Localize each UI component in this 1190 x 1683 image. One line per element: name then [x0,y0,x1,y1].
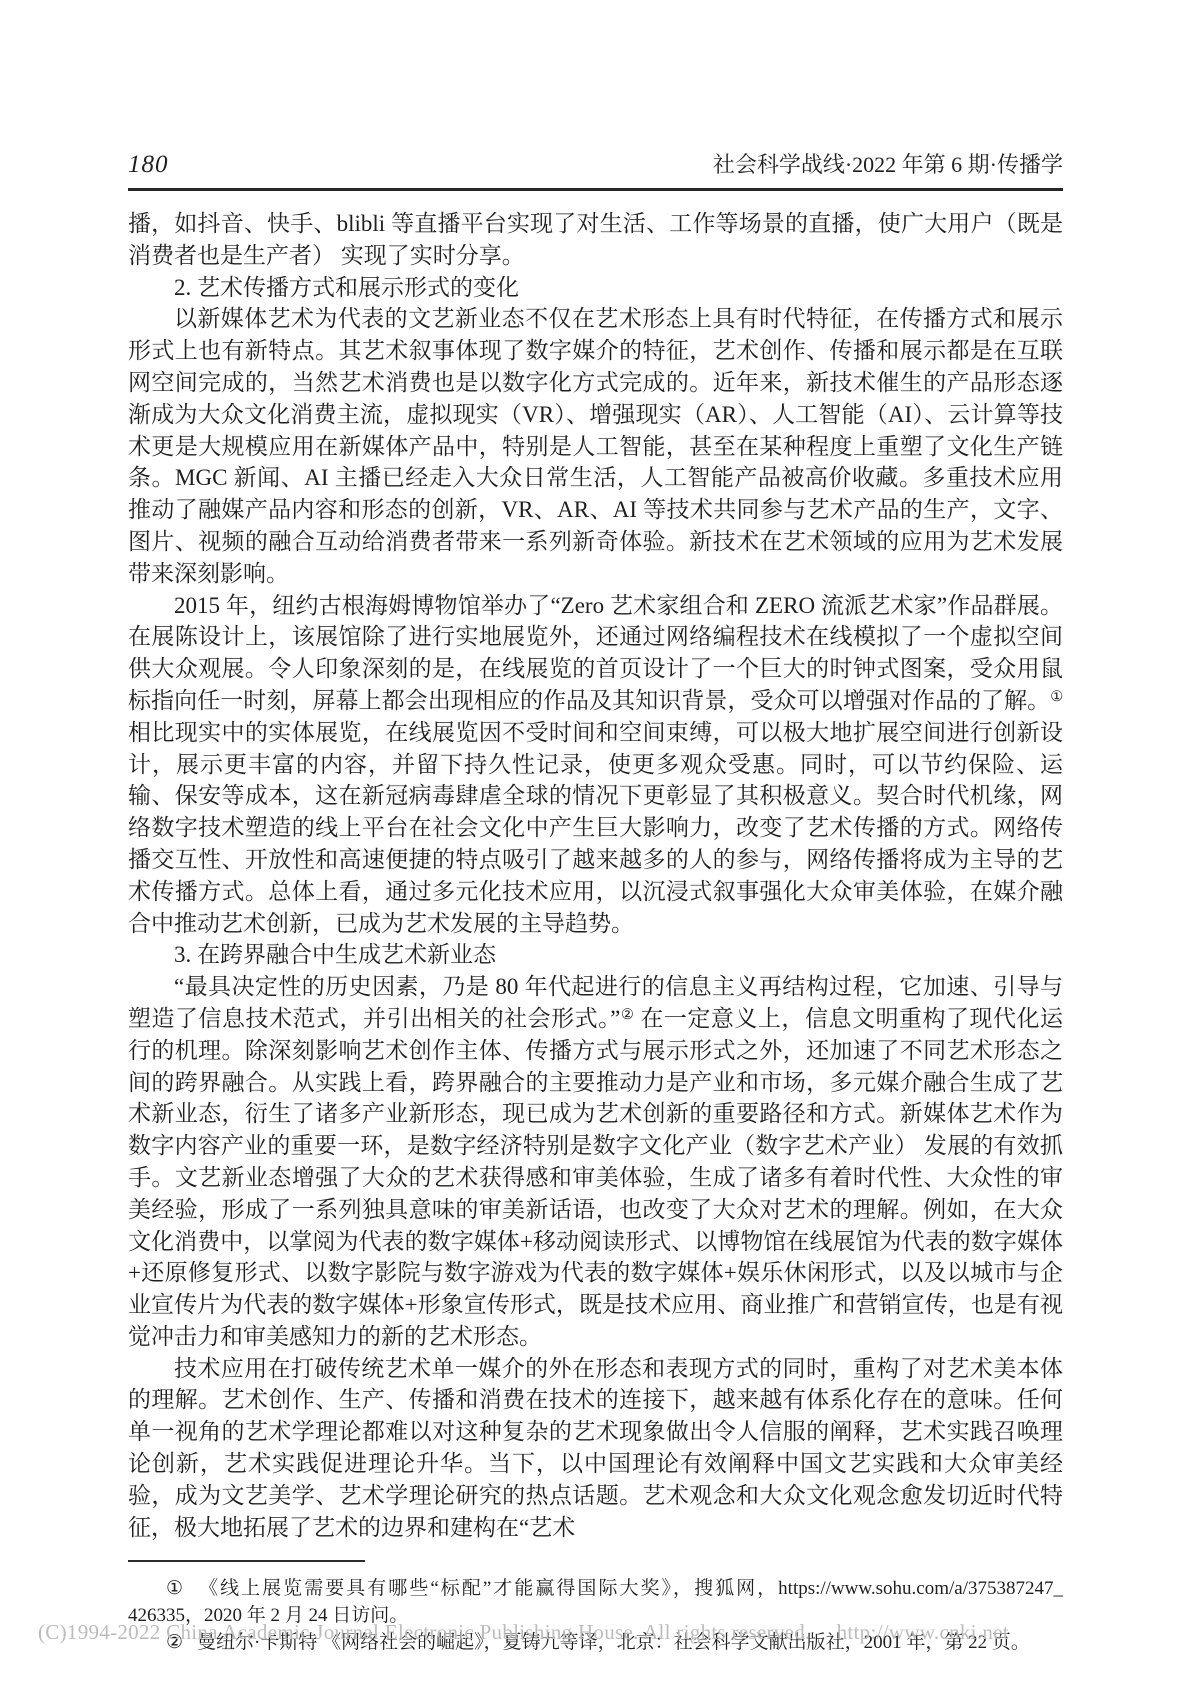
paragraph: 技术应用在打破传统艺术单一媒介的外在形态和表现方式的同时，重构了对艺术美本体的理… [128,1353,1063,1544]
footnote-marker: ① [166,1578,185,1599]
page-header: 180 社会科学战线·2022 年第 6 期·传播学 [128,0,1063,179]
section-heading-2: 2. 艺术传播方式和展示形式的变化 [128,272,1063,304]
paragraph-continuation: 播，如抖音、快手、blibli 等直播平台实现了对生活、工作等场景的直播，使广大… [128,208,1063,272]
paragraph: “最具决定性的历史因素，乃是 80 年代起进行的信息主义再结构过程，它加速、引导… [128,971,1063,1353]
journal-running-title: 社会科学战线·2022 年第 6 期·传播学 [713,148,1063,179]
footnote-reference: ② [620,1007,634,1023]
journal-page: 180 社会科学战线·2022 年第 6 期·传播学 播，如抖音、快手、blib… [0,0,1190,1683]
header-rule [128,188,1063,191]
paragraph: 2015 年，纽约古根海姆博物馆举办了“Zero 艺术家组合和 ZERO 流派艺… [128,590,1063,940]
article-body: 播，如抖音、快手、blibli 等直播平台实现了对生活、工作等场景的直播，使广大… [128,208,1063,1543]
text-run: 2. 艺术传播方式和展示形式的变化 [174,275,519,300]
cnki-watermark: (C)1994-2022 China Academic Journal Elec… [38,1620,1152,1645]
section-heading-3: 3. 在跨界融合中生成艺术新业态 [128,939,1063,971]
footnote-reference: ① [1050,689,1063,705]
text-run: 技术应用在打破传统艺术单一媒介的外在形态和表现方式的同时，重构了对艺术美本体的理… [128,1356,1063,1540]
text-run: 播，如抖音、快手、blibli 等直播平台实现了对生活、工作等场景的直播，使广大… [128,211,1063,268]
text-run: 相比现实中的实体展览，在线展览因不受时间和空间束缚，可以极大地扩展空间进行创新设… [128,720,1063,936]
text-run: 3. 在跨界融合中生成艺术新业态 [174,942,496,967]
text-run: 以新媒体艺术为代表的文艺新业态不仅在艺术形态上具有时代特征，在传播方式和展示形式… [128,306,1063,585]
cnki-url-text: http://www.cnki.net [837,1620,1009,1645]
page-number: 180 [128,151,169,179]
page-content: 180 社会科学战线·2022 年第 6 期·传播学 播，如抖音、快手、blib… [128,0,1063,1656]
text-run: 2015 年，纽约古根海姆博物馆举办了“Zero 艺术家组合和 ZERO 流派艺… [128,593,1063,713]
footnote-separator [128,1560,365,1562]
copyright-text: (C)1994-2022 China Academic Journal Elec… [38,1620,811,1645]
paragraph: 以新媒体艺术为代表的文艺新业态不仅在艺术形态上具有时代特征，在传播方式和展示形式… [128,303,1063,589]
text-run: 在一定意义上，信息文明重构了现代化运行的机理。除深刻影响艺术创作主体、传播方式与… [128,1006,1063,1349]
footnote-text: 《线上展览需要具有哪些“标配”才能赢得国际大奖》，搜狐网，https://www… [128,1578,1063,1626]
